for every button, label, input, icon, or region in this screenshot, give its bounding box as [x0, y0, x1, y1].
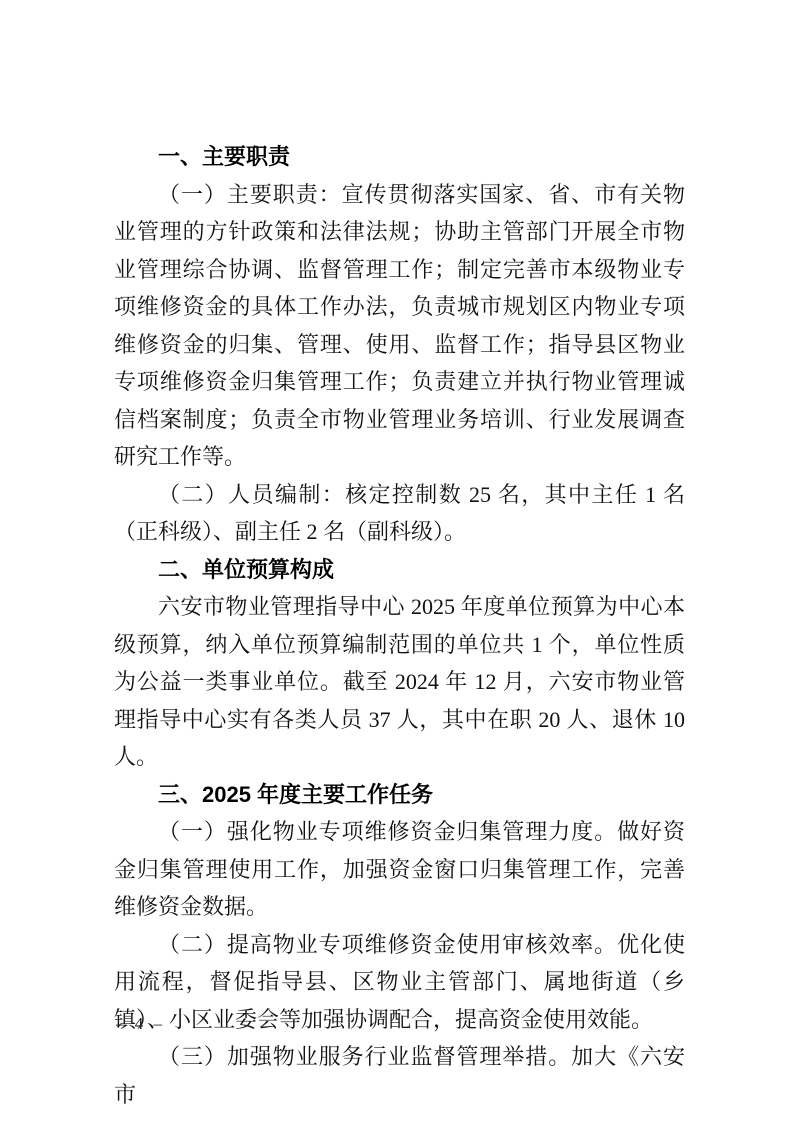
document-content: 一、主要职责 （一）主要职责：宣传贯彻落实国家、省、市有关物业管理的方针政策和法…: [114, 138, 685, 1113]
section-heading-main-duties: 一、主要职责: [114, 138, 685, 176]
paragraph-main-duties: （一）主要职责：宣传贯彻落实国家、省、市有关物业管理的方针政策和法律法规；协助主…: [114, 176, 685, 476]
paragraph-budget-composition: 六安市物业管理指导中心 2025 年度单位预算为中心本级预算，纳入单位预算编制范…: [114, 588, 685, 776]
paragraph-task-3: （三）加强物业服务行业监督管理举措。加大《六安市: [114, 1038, 685, 1113]
page-number: – 4 –: [116, 1012, 165, 1036]
paragraph-task-2: （二）提高物业专项维修资金使用审核效率。优化使用流程，督促指导县、区物业主管部门…: [114, 926, 685, 1039]
paragraph-staffing: （二）人员编制：核定控制数 25 名，其中主任 1 名（正科级）、副主任 2 名…: [114, 476, 685, 551]
paragraph-task-1: （一）强化物业专项维修资金归集管理力度。做好资金归集管理使用工作，加强资金窗口归…: [114, 813, 685, 926]
section-heading-2025-tasks: 三、2025 年度主要工作任务: [114, 776, 685, 814]
section-heading-budget-composition: 二、单位预算构成: [114, 551, 685, 589]
document-page: 一、主要职责 （一）主要职责：宣传贯彻落实国家、省、市有关物业管理的方针政策和法…: [0, 0, 793, 1122]
